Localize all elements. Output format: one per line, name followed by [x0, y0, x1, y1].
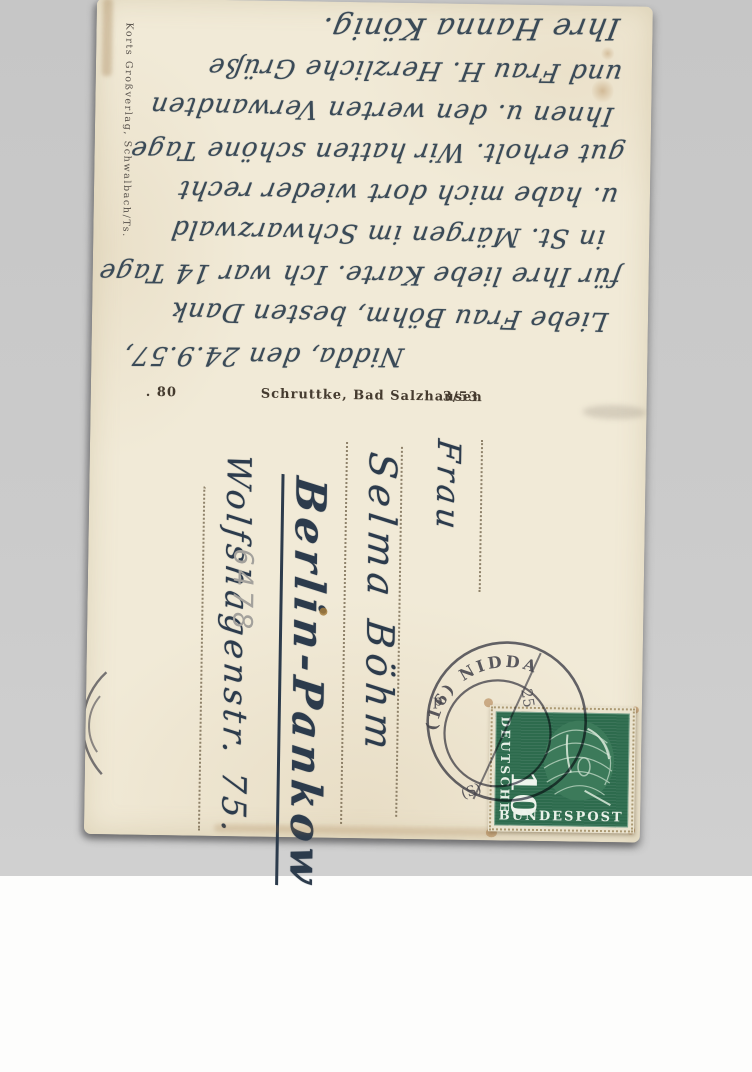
stamp-bundespost-text: BUNDESPOST [494, 808, 628, 825]
address-line: Selma Böhm [342, 426, 418, 834]
card-number: . 80 [146, 385, 177, 400]
message-line: und Frau H. Herzliche Grüße [108, 44, 637, 93]
postmark-partial-strike [85, 666, 109, 781]
faint-smudge [582, 405, 646, 420]
scan-white-margin [0, 876, 752, 1072]
message-line: u. habe mich dort wieder recht [106, 167, 635, 216]
card-code: 3/53 [443, 389, 479, 405]
message-line: gut erholt. Wir hatten schöne Tage [107, 129, 636, 174]
address-city-underlined: Berlin-Pankow [275, 474, 335, 891]
postmark: (16) NIDDA p 25 (S) [419, 635, 594, 810]
handwritten-message: Nidda, den 24.9.57, Liebe Frau Böhm, bes… [107, 0, 635, 380]
message-signature: Ihre Hanna König. [108, 7, 639, 49]
postmark-index-letter: p [433, 691, 443, 709]
message-line: für Ihre liebe Karte. Ich war 14 Tage [105, 251, 634, 296]
postmark-date: 25 [517, 687, 538, 709]
postcard-back: Nidda, den 24.9.57, Liebe Frau Böhm, bes… [84, 0, 653, 843]
address-line: Berlin-Pankow [268, 425, 348, 834]
message-line: Nidda, den 24.9.57, [104, 334, 634, 378]
pencil-number: 6478 [199, 548, 259, 653]
